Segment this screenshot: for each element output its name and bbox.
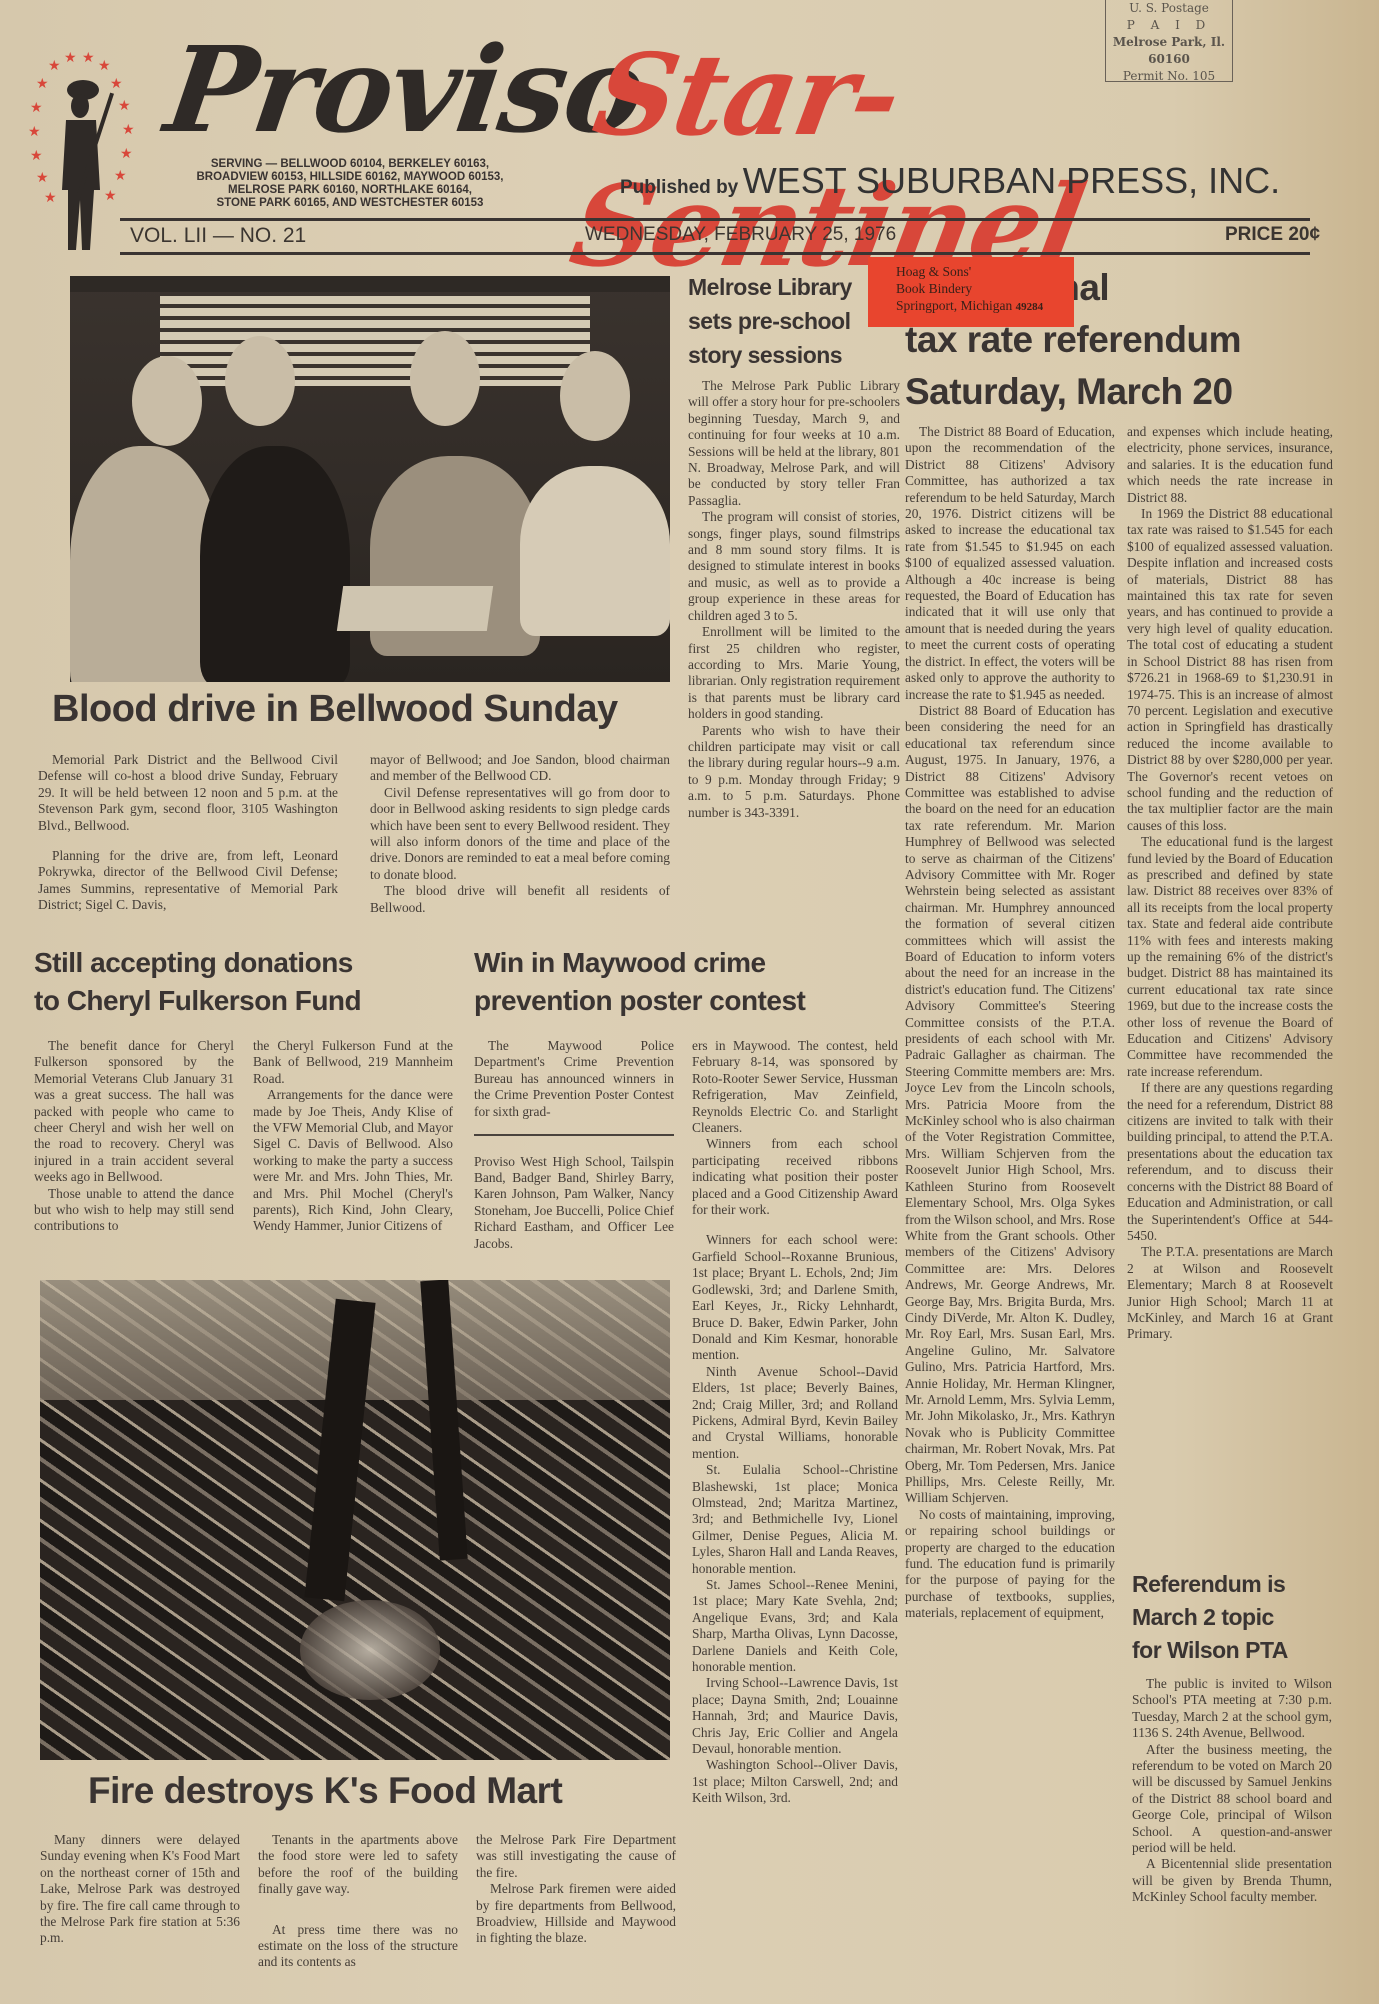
svg-text:★: ★ — [48, 59, 61, 74]
paragraph: Proviso West High School, Tailspin Band,… — [474, 1154, 674, 1252]
article-fire-col2: Tenants in the apartments above the food… — [258, 1832, 458, 1971]
paragraph: In 1969 the District 88 educational tax … — [1127, 506, 1333, 834]
article-wilson-pta: The public is invited to Wilson School's… — [1132, 1676, 1332, 1906]
paragraph: mayor of Bellwood; and Joe Sandon, blood… — [370, 752, 670, 785]
headline-line: Melrose Library — [688, 270, 852, 304]
serving-line: MELROSE PARK 60160, NORTHLAKE 60164, — [170, 184, 530, 197]
paragraph: Ninth Avenue School--David Elders, 1st p… — [692, 1364, 898, 1462]
paragraph: The Melrose Park Public Library will off… — [688, 378, 900, 509]
headline-line: March 2 topic — [1132, 1601, 1288, 1634]
paragraph: the Cheryl Fulkerson Fund at the Bank of… — [253, 1038, 453, 1087]
article-referendum-col2: and expenses which include heating, elec… — [1127, 424, 1333, 1343]
serving-line: STONE PARK 60165, AND WESTCHESTER 60153 — [170, 197, 530, 210]
paragraph: A Bicentennial slide presentation will b… — [1132, 1856, 1332, 1905]
headline-line: to Cheryl Fulkerson Fund — [34, 982, 361, 1020]
paragraph: The Maywood Police Department's Crime Pr… — [474, 1038, 674, 1120]
paragraph: Parents who wish to have their children … — [688, 723, 900, 821]
article-fulkerson-col1: The benefit dance for Cheryl Fulkerson s… — [34, 1038, 234, 1235]
svg-text:★: ★ — [122, 123, 135, 138]
stamp-line: P A I D — [1106, 17, 1232, 34]
publisher-name: WEST SUBURBAN PRESS, INC. — [743, 160, 1280, 201]
minuteman-logo-icon: ★★★★★★★★★★★★★★★★ — [28, 40, 138, 260]
svg-text:★: ★ — [118, 99, 131, 114]
headline-maywood: Win in Maywood crime prevention poster c… — [474, 944, 805, 1020]
published-by-label: Published by — [620, 177, 738, 198]
paragraph: Many dinners were delayed Sunday evening… — [40, 1832, 240, 1947]
paragraph: The public is invited to Wilson School's… — [1132, 1676, 1332, 1742]
svg-text:★: ★ — [28, 125, 41, 140]
article-maywood-col2: ers in Maywood. The contest, held Februa… — [692, 1038, 898, 1807]
headline-line: sets pre-school — [688, 304, 852, 338]
masthead-title-proviso: Proviso — [158, 20, 652, 159]
fire-ruins-photo — [40, 1280, 670, 1760]
stamp-line: U. S. Postage — [1106, 0, 1232, 17]
serving-line: SERVING — BELLWOOD 60104, BERKELEY 60163… — [170, 158, 530, 171]
headline-line: Still accepting donations — [34, 944, 361, 982]
masthead-rule-top — [120, 218, 1310, 221]
svg-text:★: ★ — [110, 77, 123, 92]
paragraph: The blood drive will benefit all residen… — [370, 883, 670, 916]
paragraph: The program will consist of stories, son… — [688, 509, 900, 624]
svg-text:★: ★ — [30, 101, 43, 116]
svg-text:★: ★ — [36, 171, 49, 186]
stamp-line: Melrose Park, Il. 60160 — [1106, 34, 1232, 68]
paragraph: Washington School--Oliver Davis, 1st pla… — [692, 1757, 898, 1806]
headline-line: prevention poster contest — [474, 982, 805, 1020]
article-fulkerson-col2: the Cheryl Fulkerson Fund at the Bank of… — [253, 1038, 453, 1235]
serving-line: BROADVIEW 60153, HILLSIDE 60162, MAYWOOD… — [170, 171, 530, 184]
paragraph: The benefit dance for Cheryl Fulkerson s… — [34, 1038, 234, 1186]
headline-line: Saturday, March 20 — [905, 366, 1241, 418]
label-line: Hoag & Sons' — [896, 263, 1074, 280]
headline-line: for Wilson PTA — [1132, 1634, 1288, 1667]
headline-line: Win in Maywood crime — [474, 944, 805, 982]
headline-fire: Fire destroys K's Food Mart — [88, 1770, 562, 1812]
paragraph: and expenses which include heating, elec… — [1127, 424, 1333, 506]
svg-text:★: ★ — [98, 59, 111, 74]
serving-area-list: SERVING — BELLWOOD 60104, BERKELEY 60163… — [170, 158, 530, 210]
paragraph: St. James School--Renee Menini, 1st plac… — [692, 1577, 898, 1675]
paragraph: Civil Defense representatives will go fr… — [370, 785, 670, 883]
svg-text:★: ★ — [44, 191, 57, 206]
svg-text:★: ★ — [104, 189, 117, 204]
bindery-label: Hoag & Sons' Book Bindery Springport, Mi… — [868, 257, 1074, 327]
article-maywood-col1: The Maywood Police Department's Crime Pr… — [474, 1038, 674, 1252]
paragraph: Tenants in the apartments above the food… — [258, 1832, 458, 1898]
stamp-line: Permit No. 105 — [1106, 68, 1232, 85]
label-zip: 49284 — [1016, 301, 1044, 313]
paragraph: Irving School--Lawrence Davis, 1st place… — [692, 1675, 898, 1757]
paragraph: Planning for the drive are, from left, L… — [38, 848, 338, 914]
paragraph: The P.T.A. presentations are March 2 at … — [1127, 1244, 1333, 1342]
paragraph: ers in Maywood. The contest, held Februa… — [692, 1038, 898, 1136]
label-line: Springport, Michigan 49284 — [896, 297, 1074, 316]
issue-date: WEDNESDAY, FEBRUARY 25, 1976 — [585, 224, 896, 246]
volume-number: VOL. LII — NO. 21 — [130, 224, 306, 248]
svg-text:★: ★ — [82, 51, 95, 66]
paragraph: Enrollment will be limited to the first … — [688, 624, 900, 722]
svg-text:★: ★ — [30, 149, 43, 164]
paragraph: Winners for each school were: Garfield S… — [692, 1232, 898, 1363]
paragraph: After the business meeting, the referend… — [1132, 1742, 1332, 1857]
article-blood-drive-col1: Memorial Park District and the Bellwood … — [38, 752, 338, 914]
paragraph: Memorial Park District and the Bellwood … — [38, 752, 338, 834]
headline-wilson-pta: Referendum is March 2 topic for Wilson P… — [1132, 1568, 1288, 1667]
paragraph: St. Eulalia School--Christine Blashewski… — [692, 1462, 898, 1577]
paragraph: Winners from each school participating r… — [692, 1136, 898, 1218]
label-city: Springport, Michigan — [896, 298, 1012, 313]
svg-text:★: ★ — [36, 77, 49, 92]
column-divider — [474, 1134, 674, 1136]
masthead-rule-bottom — [120, 252, 1310, 255]
postage-stamp: U. S. Postage P A I D Melrose Park, Il. … — [1105, 0, 1233, 82]
paragraph: Arrangements for the dance were made by … — [253, 1087, 453, 1235]
headline-blood-drive: Blood drive in Bellwood Sunday — [52, 688, 618, 731]
article-referendum-col1: The District 88 Board of Education, upon… — [905, 424, 1115, 1622]
label-line: Book Bindery — [896, 280, 1074, 297]
article-library: The Melrose Park Public Library will off… — [688, 378, 900, 821]
newspaper-page: ★★★★★★★★★★★★★★★★ Proviso Star-Sentinel U… — [0, 0, 1379, 2004]
paragraph: The District 88 Board of Education, upon… — [905, 424, 1115, 703]
article-fire-col1: Many dinners were delayed Sunday evening… — [40, 1832, 240, 1947]
svg-text:★: ★ — [64, 51, 77, 66]
headline-fulkerson: Still accepting donations to Cheryl Fulk… — [34, 944, 361, 1020]
paragraph: The educational fund is the largest fund… — [1127, 834, 1333, 1080]
svg-text:★: ★ — [114, 169, 127, 184]
article-fire-col3: the Melrose Park Fire Department was sti… — [476, 1832, 676, 1947]
headline-line: Referendum is — [1132, 1568, 1288, 1601]
svg-text:★: ★ — [120, 147, 133, 162]
paragraph: Melrose Park firemen were aided by fire … — [476, 1881, 676, 1947]
headline-line: story sessions — [688, 338, 852, 372]
paragraph: At press time there was no estimate on t… — [258, 1922, 458, 1971]
paragraph: Those unable to attend the dance but who… — [34, 1186, 234, 1235]
paragraph: If there are any questions regarding the… — [1127, 1080, 1333, 1244]
blood-drive-photo — [70, 276, 670, 682]
article-blood-drive-col2: mayor of Bellwood; and Joe Sandon, blood… — [370, 752, 670, 916]
headline-library: Melrose Library sets pre-school story se… — [688, 270, 852, 372]
paragraph: the Melrose Park Fire Department was sti… — [476, 1832, 676, 1881]
paragraph: No costs of maintaining, improving, or r… — [905, 1507, 1115, 1622]
publisher-line: Published by WEST SUBURBAN PRESS, INC. — [620, 160, 1280, 202]
issue-price: PRICE 20¢ — [1225, 224, 1320, 246]
paragraph: District 88 Board of Education has been … — [905, 703, 1115, 1507]
